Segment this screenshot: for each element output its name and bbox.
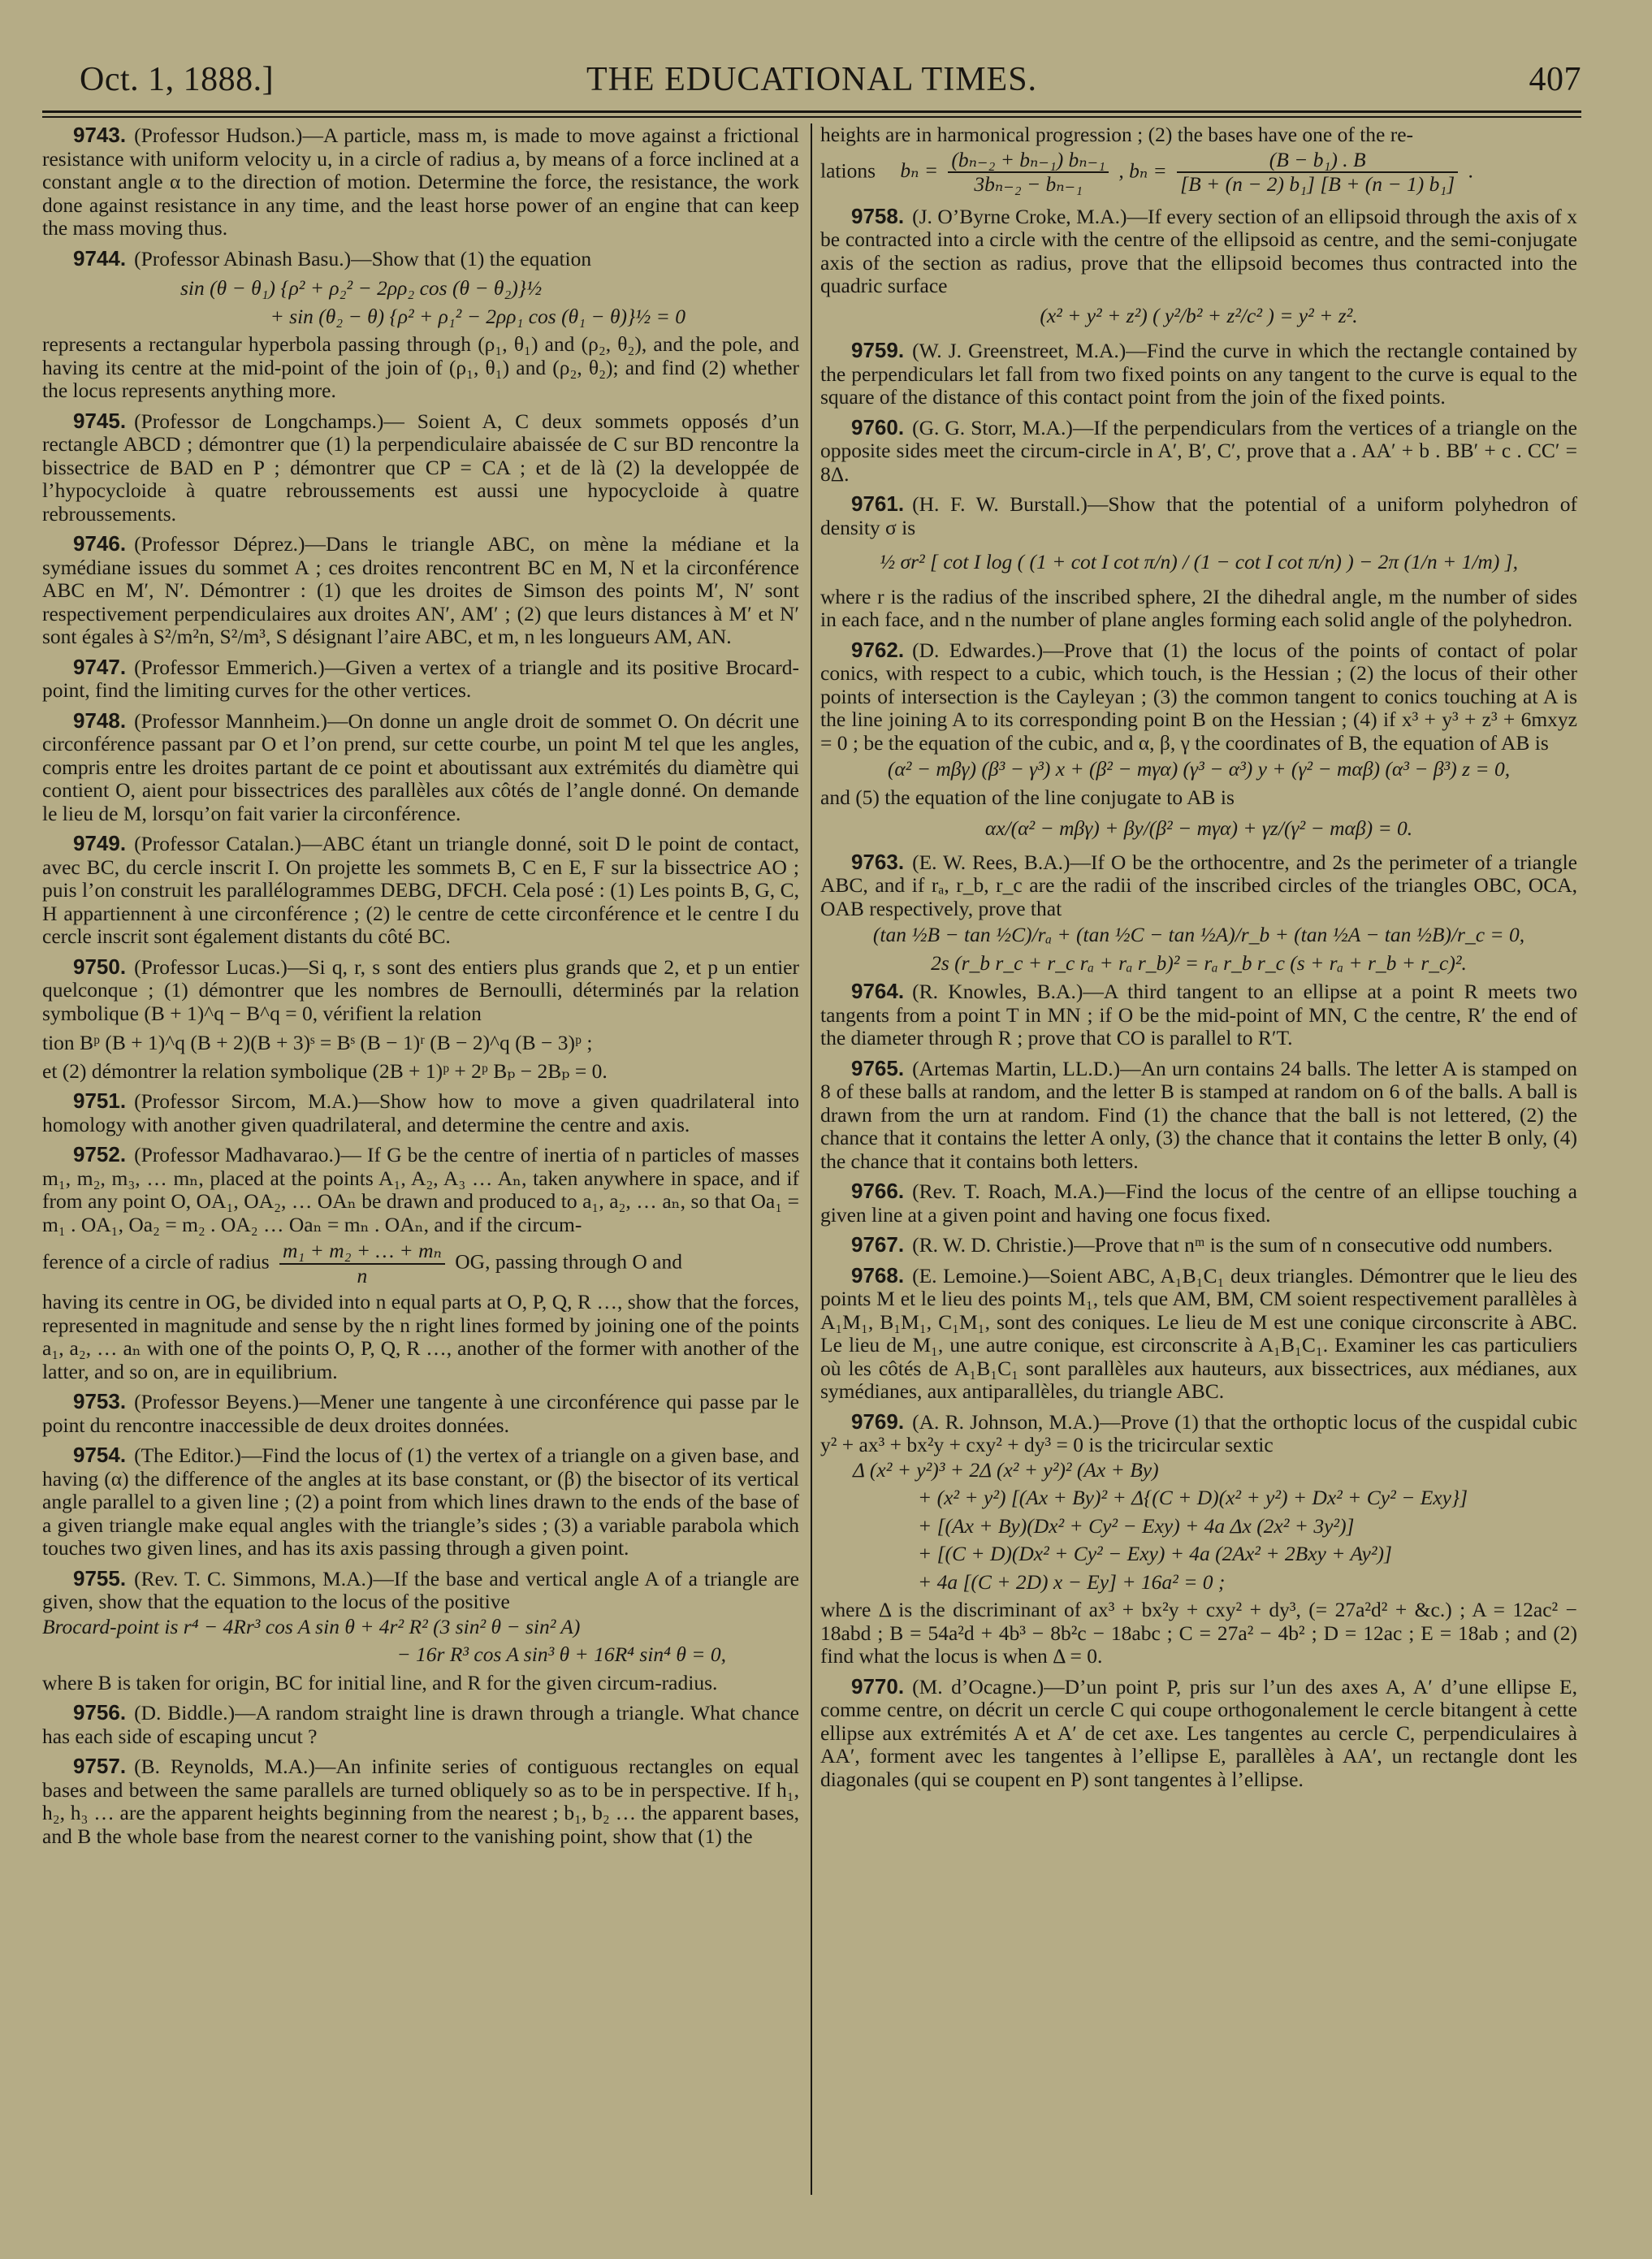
problem-number: 9754. xyxy=(73,1443,126,1467)
problem-9770: 9770.(M. d’Ocagne.)—D’un point P, pris s… xyxy=(820,1675,1577,1792)
text: ference of a circle of radius xyxy=(42,1249,270,1273)
numerator: (B − b₁) . B xyxy=(1177,149,1458,174)
equation: + [(C + D)(Dx² + Cy² − Exy) + 4a (2Ax² +… xyxy=(820,1543,1577,1566)
problem-author: (Professor Catalan.) xyxy=(134,832,301,855)
problem-number: 9750. xyxy=(73,954,126,979)
problem-author: (D. Biddle.) xyxy=(134,1701,235,1725)
equation: (α² − mβγ) (β³ − γ³) x + (β² − mγα) (γ³ … xyxy=(820,758,1577,781)
problem-9766: 9766.(Rev. T. Roach, M.A.)—Find the locu… xyxy=(820,1179,1577,1227)
text: bₙ = xyxy=(900,158,938,182)
problem-number: 9745. xyxy=(73,409,126,433)
problem-author: (Professor Déprez.) xyxy=(134,532,305,556)
problem-number: 9768. xyxy=(851,1263,904,1287)
relations-line: lations bₙ = (bₙ₋₂ + bₙ₋₁) bₙ₋₁3bₙ₋₂ − b… xyxy=(820,149,1577,197)
problem-author: (Professor Sircom, M.A.) xyxy=(134,1089,358,1113)
problem-number: 9749. xyxy=(73,831,126,855)
problem-number: 9763. xyxy=(851,850,904,874)
denominator: [B + (n − 2) b₁] [B + (n − 1) b₁] xyxy=(1177,173,1458,197)
problem-number: 9757. xyxy=(73,1754,126,1778)
text: . xyxy=(1468,158,1473,182)
problem-author: (The Editor.) xyxy=(134,1443,241,1467)
equation: Δ (x² + y²)³ + 2Δ (x² + y²)² (Ax + By) xyxy=(820,1459,1577,1482)
problem-9756: 9756.(D. Biddle.)—A random straight line… xyxy=(42,1701,799,1748)
problem-author: (Professor de Longchamps.) xyxy=(134,409,383,433)
newspaper-page: Oct. 1, 1888.] THE EDUCATIONAL TIMES. 40… xyxy=(42,49,1581,99)
problem-9761: 9761.(H. F. W. Burstall.)—Show that the … xyxy=(820,492,1577,539)
problem-9751: 9751.(Professor Sircom, M.A.)—Show how t… xyxy=(42,1089,799,1136)
problem-text: —Prove that nᵐ is the sum of n consecuti… xyxy=(1074,1233,1553,1257)
problem-author: (Professor Mannheim.) xyxy=(134,709,327,733)
fraction: (B − b₁) . B[B + (n − 2) b₁] [B + (n − 1… xyxy=(1177,149,1458,197)
problem-author: (E. W. Rees, B.A.) xyxy=(912,850,1070,874)
problem-author: (Professor Emmerich.) xyxy=(134,656,325,679)
problem-9747: 9747.(Professor Emmerich.)—Given a verte… xyxy=(42,656,799,703)
problem-9743: 9743.(Professor Hudson.)—A particle, mas… xyxy=(42,123,799,240)
problem-9752: 9752.(Professor Madhavarao.)— If G be th… xyxy=(42,1143,799,1236)
text: , bₙ = xyxy=(1118,158,1166,182)
problem-9760: 9760.(G. G. Storr, M.A.)—If the perpendi… xyxy=(820,416,1577,487)
equation: (x² + y² + z²) ( y²/b² + z²/c² ) = y² + … xyxy=(820,305,1577,328)
problem-9755: 9755.(Rev. T. C. Simmons, M.A.)—If the b… xyxy=(42,1567,799,1614)
problem-9757: 9757.(B. Reynolds, M.A.)—An infinite ser… xyxy=(42,1755,799,1848)
problem-number: 9770. xyxy=(851,1674,904,1699)
problem-author: (M. d’Ocagne.) xyxy=(912,1675,1044,1699)
equation: + [(Ax + By)(Dx² + Cy² − Exy) + 4a Δx (2… xyxy=(820,1515,1577,1538)
problem-number: 9767. xyxy=(851,1232,904,1257)
problem-9763: 9763.(E. W. Rees, B.A.)—If O be the orth… xyxy=(820,850,1577,921)
problem-9762: 9762.(D. Edwardes.)—Prove that (1) the l… xyxy=(820,638,1577,755)
problem-9750: 9750.(Professor Lucas.)—Si q, r, s sont … xyxy=(42,955,799,1026)
problem-number: 9764. xyxy=(851,979,904,1003)
problem-number: 9744. xyxy=(73,246,126,270)
problem-9754: 9754.(The Editor.)—Find the locus of (1)… xyxy=(42,1443,799,1560)
problem-author: (B. Reynolds, M.A.) xyxy=(134,1755,315,1778)
column-divider xyxy=(811,123,812,2195)
denominator: n xyxy=(279,1265,445,1288)
problem-author: (H. F. W. Burstall.) xyxy=(912,492,1088,516)
problem-9757-continued: heights are in harmonical progression ; … xyxy=(820,123,1577,147)
problem-text: where r is the radius of the inscribed s… xyxy=(820,586,1577,632)
problem-author: (W. J. Greenstreet, M.A.) xyxy=(912,339,1126,362)
problem-number: 9755. xyxy=(73,1566,126,1590)
problem-author: (Artemas Martin, LL.D.) xyxy=(912,1057,1120,1080)
problem-9744: 9744.(Professor Abinash Basu.)—Show that… xyxy=(42,247,799,271)
problem-number: 9759. xyxy=(851,338,904,362)
problem-author: (Professor Hudson.) xyxy=(134,123,302,147)
problem-number: 9743. xyxy=(73,123,126,147)
problem-text: and (5) the equation of the line conjuga… xyxy=(820,786,1577,810)
equation: − 16r R³ cos A sin³ θ + 16R⁴ sin⁴ θ = 0, xyxy=(42,1643,799,1667)
problem-text: represents a rectangular hyperbola passi… xyxy=(42,333,799,403)
problem-author: (R. W. D. Christie.) xyxy=(912,1233,1074,1257)
equation: 2s (r_b r_c + r_c rₐ + rₐ r_b)² = rₐ r_b… xyxy=(820,952,1577,976)
numerator: m₁ + m₂ + … + mₙ xyxy=(279,1240,445,1265)
problem-number: 9758. xyxy=(851,204,904,228)
denominator: 3bₙ₋₂ − bₙ₋₁ xyxy=(948,173,1109,197)
problem-9765: 9765.(Artemas Martin, LL.D.)—An urn cont… xyxy=(820,1057,1577,1174)
problem-9753: 9753.(Professor Beyens.)—Mener une tange… xyxy=(42,1390,799,1437)
equation: + 4a [(C + 2D) x − Ey] + 16a² = 0 ; xyxy=(820,1571,1577,1595)
problem-text: et (2) démontrer la relation symbolique … xyxy=(42,1060,799,1084)
columns: 9743.(Professor Hudson.)—A particle, mas… xyxy=(42,123,1581,2252)
problem-author: (Professor Madhavarao.) xyxy=(134,1143,340,1166)
problem-number: 9765. xyxy=(851,1056,904,1080)
fraction: m₁ + m₂ + … + mₙn xyxy=(279,1240,445,1287)
header-rule-thin xyxy=(42,116,1581,118)
problem-9764: 9764.(R. Knowles, B.A.)—A third tangent … xyxy=(820,980,1577,1050)
problem-9768: 9768.(E. Lemoine.)—Soient ABC, A₁B₁C₁ de… xyxy=(820,1264,1577,1404)
problem-9759: 9759.(W. J. Greenstreet, M.A.)—Find the … xyxy=(820,339,1577,409)
equation: + sin (θ₂ − θ) {ρ² + ρ₁² − 2ρρ₁ cos (θ₁ … xyxy=(42,305,799,329)
problem-number: 9753. xyxy=(73,1389,126,1413)
problem-number: 9769. xyxy=(851,1409,904,1434)
equation: αx/(α² − mβγ) + βy/(β² − mγα) + γz/(γ² −… xyxy=(820,817,1577,841)
problem-author: (Rev. T. Roach, M.A.) xyxy=(912,1179,1105,1203)
right-column: heights are in harmonical progression ; … xyxy=(820,123,1577,1798)
text: lations xyxy=(820,158,876,182)
problem-author: (A. R. Johnson, M.A.) xyxy=(912,1410,1100,1434)
equation: Brocard-point is r⁴ − 4Rr³ cos A sin θ +… xyxy=(42,1616,799,1639)
problem-text: —Show that (1) the equation xyxy=(351,247,591,270)
numerator: (bₙ₋₂ + bₙ₋₁) bₙ₋₁ xyxy=(948,149,1109,174)
publication-title: THE EDUCATIONAL TIMES. xyxy=(42,60,1581,99)
problem-9758: 9758.(J. O’Byrne Croke, M.A.)—If every s… xyxy=(820,205,1577,298)
problem-9745: 9745.(Professor de Longchamps.)— Soient … xyxy=(42,409,799,526)
problem-9748: 9748.(Professor Mannheim.)—On donne un a… xyxy=(42,709,799,826)
left-column: 9743.(Professor Hudson.)—A particle, mas… xyxy=(42,123,799,1854)
equation: (tan ½B − tan ½C)/rₐ + (tan ½C − tan ½A)… xyxy=(820,924,1577,947)
text: OG, passing through O and xyxy=(455,1249,682,1273)
page-number: 407 xyxy=(1529,60,1582,99)
problem-author: (R. Knowles, B.A.) xyxy=(912,980,1083,1003)
problem-text: where Δ is the discriminant of ax³ + bx²… xyxy=(820,1599,1577,1668)
header-rule-thick xyxy=(42,110,1581,113)
problem-author: (D. Edwardes.) xyxy=(912,638,1043,662)
fraction-line: ference of a circle of radius m₁ + m₂ + … xyxy=(42,1240,799,1287)
problem-number: 9746. xyxy=(73,531,126,556)
problem-9746: 9746.(Professor Déprez.)—Dans le triangl… xyxy=(42,532,799,649)
problem-number: 9752. xyxy=(73,1142,126,1166)
equation: + (x² + y²) [(Ax + By)² + Δ{(C + D)(x² +… xyxy=(820,1487,1577,1510)
problem-9767: 9767.(R. W. D. Christie.)—Prove that nᵐ … xyxy=(820,1233,1577,1257)
problem-number: 9760. xyxy=(851,415,904,439)
problem-author: (J. O’Byrne Croke, M.A.) xyxy=(912,205,1127,228)
problem-number: 9748. xyxy=(73,708,126,733)
problem-number: 9761. xyxy=(851,491,904,516)
problem-number: 9747. xyxy=(73,655,126,679)
equation: tion Bᵖ (B + 1)^q (B + 2)(B + 3)ˢ = Bˢ (… xyxy=(42,1032,799,1055)
page-header: Oct. 1, 1888.] THE EDUCATIONAL TIMES. 40… xyxy=(42,49,1581,99)
problem-9749: 9749.(Professor Catalan.)—ABC étant un t… xyxy=(42,832,799,949)
problem-author: (G. G. Storr, M.A.) xyxy=(912,416,1073,439)
problem-author: (Rev. T. C. Simmons, M.A.) xyxy=(134,1567,373,1590)
problem-number: 9751. xyxy=(73,1088,126,1113)
problem-author: (Professor Abinash Basu.) xyxy=(134,247,351,270)
problem-number: 9756. xyxy=(73,1700,126,1725)
problem-text: having its centre in OG, be divided into… xyxy=(42,1291,799,1383)
problem-text: where B is taken for origin, BC for init… xyxy=(42,1672,799,1695)
problem-author: (Professor Beyens.) xyxy=(134,1390,299,1413)
problem-number: 9766. xyxy=(851,1179,904,1203)
equation: sin (θ − θ₁) {ρ² + ρ₂² − 2ρρ₂ cos (θ − θ… xyxy=(42,277,799,301)
equation: ½ σr² [ cot I log ( (1 + cot I cot π/n) … xyxy=(820,551,1577,574)
fraction: (bₙ₋₂ + bₙ₋₁) bₙ₋₁3bₙ₋₂ − bₙ₋₁ xyxy=(948,149,1109,197)
problem-number: 9762. xyxy=(851,638,904,662)
problem-author: (E. Lemoine.) xyxy=(912,1264,1029,1287)
problem-9769: 9769.(A. R. Johnson, M.A.)—Prove (1) tha… xyxy=(820,1410,1577,1457)
problem-author: (Professor Lucas.) xyxy=(134,955,288,979)
